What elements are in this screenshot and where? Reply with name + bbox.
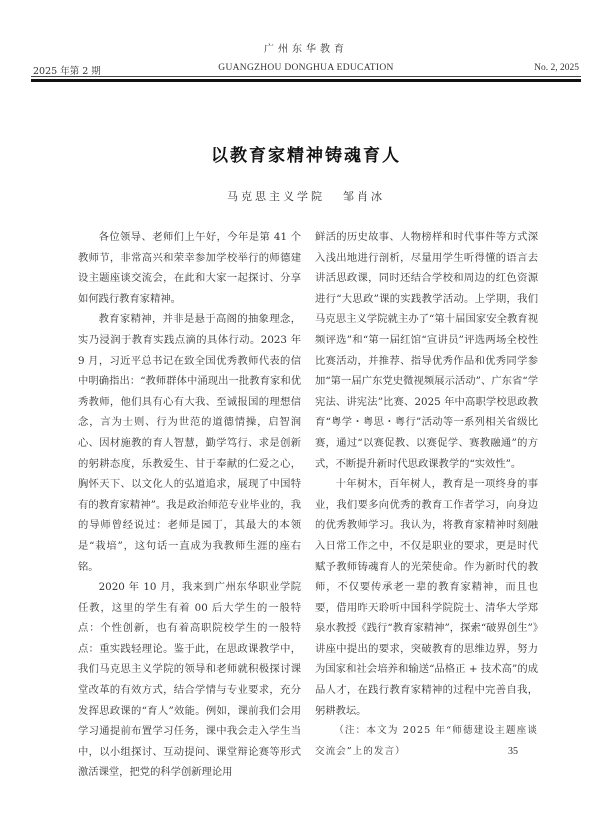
byline: 马克思主义学院邹肖冰 — [0, 188, 612, 204]
journal-name-cn: 广州东华教育 — [31, 40, 581, 55]
running-header: 广州东华教育 2025 年第 2 期 GUANGZHOU DONGHUA EDU… — [31, 40, 581, 80]
author-name: 邹肖冰 — [343, 190, 385, 203]
paragraph: 2020 年 10 月，我来到广州东华职业学院任教，这里的学生有着 00 后大学… — [78, 577, 301, 783]
paragraph: 十年树木，百年树人，教育是一项终身的事业，我们要多向优秀的教育工作者学习，向身边… — [315, 474, 538, 721]
header-rule-thick — [31, 79, 581, 82]
paragraph: 教育家精神，并非是悬于高阁的抽象理念，实乃浸润于教育实践点滴的具体行动。2023… — [78, 309, 301, 577]
article-note: （注：本文为 2025 年“师德建设主题座谈交流会”上的发言） — [315, 721, 538, 762]
paragraph-continuation: 鲜活的历史故事、人物榜样和时代事件等方式深入浅出地进行剖析，尽量用学生听得懂的语… — [315, 227, 538, 474]
issue-label-en: No. 2, 2025 — [534, 63, 579, 73]
journal-name-en: GUANGZHOU DONGHUA EDUCATION — [31, 63, 581, 73]
article-title: 以教育家精神铸魂育人 — [0, 141, 612, 166]
header-rule-thin — [31, 76, 581, 77]
paragraph: 各位领导、老师们上午好，今年是第 41 个教师节，非常高兴和荣幸参加学校举行的师… — [78, 227, 301, 309]
right-column: 鲜活的历史故事、人物榜样和时代事件等方式深入浅出地进行剖析，尽量用学生听得懂的语… — [315, 227, 538, 762]
author-affiliation: 马克思主义学院 — [227, 190, 325, 203]
page-number: 35 — [508, 746, 518, 757]
left-column: 各位领导、老师们上午好，今年是第 41 个教师节，非常高兴和荣幸参加学校举行的师… — [78, 227, 301, 783]
